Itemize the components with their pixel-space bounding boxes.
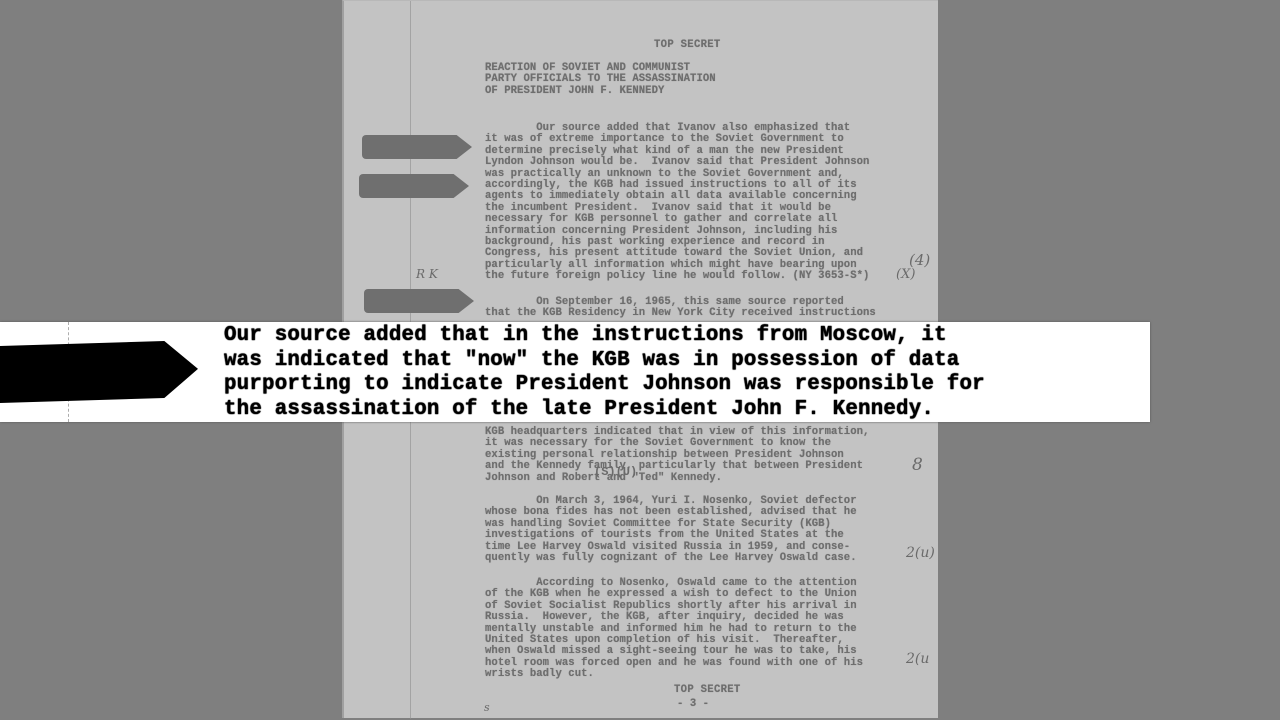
paragraph-ivanov: Our source added that Ivanov also emphas…	[485, 123, 869, 283]
title-line: OF PRESIDENT JOHN F. KENNEDY	[485, 85, 664, 97]
title-line: REACTION OF SOVIET AND COMMUNIST	[485, 62, 690, 74]
pointer-arrow-icon	[0, 341, 198, 403]
handwritten-eight: 8	[912, 455, 923, 475]
handwritten-su-mark: (S)(U)	[594, 465, 637, 479]
handwritten-initials: R K	[416, 267, 438, 281]
handwritten-corner-mark: s	[484, 701, 490, 714]
highlighted-quote: Our source added that in the instruction…	[224, 324, 985, 422]
paragraph-september: On September 16, 1965, this same source …	[485, 297, 876, 320]
redaction-arrow-icon	[362, 135, 472, 159]
paragraph-oswald: According to Nosenko, Oswald came to the…	[485, 578, 863, 681]
classification-header: TOP SECRET	[654, 40, 721, 51]
paragraph-nosenko: On March 3, 1964, Yuri I. Nosenko, Sovie…	[485, 496, 857, 564]
page-number: - 3 -	[677, 699, 709, 710]
redaction-arrow-icon	[364, 289, 474, 313]
classification-footer: TOP SECRET	[674, 685, 741, 696]
handwritten-x-mark: (X)	[896, 267, 915, 282]
handwritten-2u: 2(u)	[906, 545, 935, 561]
document-title: REACTION OF SOVIET AND COMMUNIST PARTY O…	[485, 63, 716, 97]
redaction-arrow-icon	[359, 174, 469, 198]
title-line: PARTY OFFICIALS TO THE ASSASSINATION	[485, 73, 716, 85]
handwritten-2u: 2(u	[906, 651, 929, 667]
paragraph-kgb-headquarters: KGB headquarters indicated that in view …	[485, 427, 869, 484]
